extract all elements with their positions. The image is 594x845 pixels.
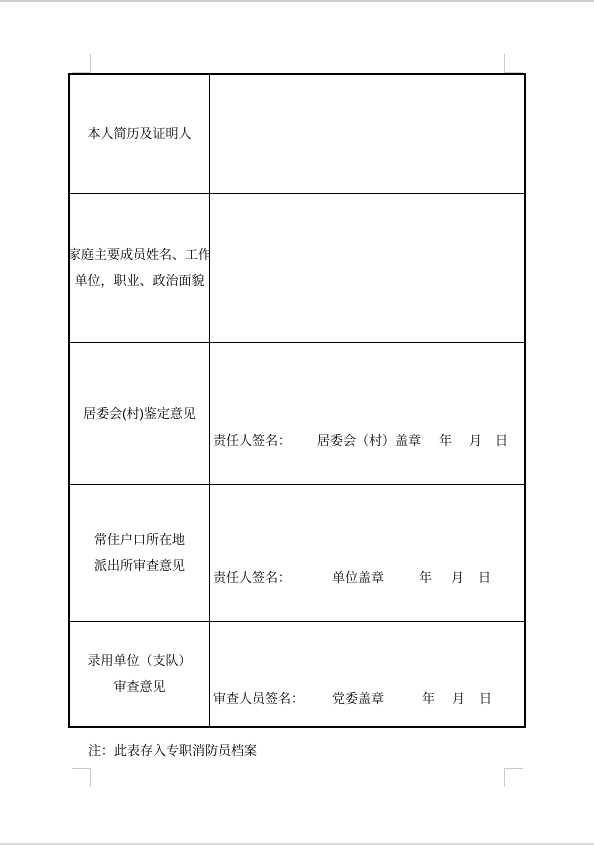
month-label: 月 [451, 570, 464, 585]
label-line: 居委会(村)鉴定意见 [83, 401, 196, 427]
stamp-label: 党委盖章 [332, 691, 384, 706]
family-members-content-cell[interactable] [210, 194, 524, 343]
row-label-employer-review: 录用单位（支队） 审查意见 [70, 622, 210, 726]
day-label: 日 [478, 570, 491, 585]
signer-label: 审查人员签名： [213, 691, 304, 706]
month-label: 月 [452, 691, 465, 706]
committee-appraisal-content-cell[interactable]: 责任人签名： 居委会（村）盖章 年 月 日 [210, 343, 524, 485]
stamp-label: 单位盖章 [332, 570, 384, 585]
label-line: 派出所审查意见 [94, 553, 185, 579]
employer-review-content-cell[interactable]: 审查人员签名： 党委盖章 年 月 日 [210, 622, 524, 726]
row-label-family-members: 家庭主要成员姓名、工作 单位，职业、政治面貌 [70, 194, 210, 343]
signer-label: 责任人签名： [213, 433, 291, 448]
year-label: 年 [439, 433, 452, 448]
margin-crop-mark-bottom-left [72, 768, 91, 787]
row-label-resume-references: 本人简历及证明人 [70, 75, 210, 194]
police-review-content-cell[interactable]: 责任人签名： 单位盖章 年 月 日 [210, 485, 524, 622]
year-label: 年 [419, 570, 432, 585]
margin-crop-mark-bottom-right [504, 768, 523, 787]
label-line: 审查意见 [113, 674, 165, 700]
stamp-label: 居委会（村）盖章 [317, 433, 421, 448]
signature-stamp-date-line: 责任人签名： 单位盖章 年 月 日 [210, 570, 524, 585]
signer-label: 责任人签名： [213, 570, 291, 585]
label-line: 常住户口所在地 [94, 527, 185, 553]
row-label-committee-appraisal: 居委会(村)鉴定意见 [70, 343, 210, 485]
month-label: 月 [469, 433, 482, 448]
day-label: 日 [479, 691, 492, 706]
label-line: 家庭主要成员姓名、工作 [68, 242, 211, 268]
row-label-police-review: 常住户口所在地 派出所审查意见 [70, 485, 210, 622]
signature-stamp-date-line: 责任人签名： 居委会（村）盖章 年 月 日 [210, 433, 524, 448]
label-line: 录用单位（支队） [87, 648, 191, 674]
archive-note: 注：此表存入专职消防员档案 [88, 743, 257, 758]
label-line: 单位，职业、政治面貌 [74, 268, 204, 294]
label-line: 本人简历及证明人 [87, 121, 191, 147]
year-label: 年 [422, 691, 435, 706]
form-table: 本人简历及证明人 家庭主要成员姓名、工作 单位，职业、政治面貌 居委会(村)鉴定… [68, 73, 526, 728]
day-label: 日 [495, 433, 508, 448]
margin-crop-mark-top-left [72, 54, 91, 73]
signature-stamp-date-line: 审查人员签名： 党委盖章 年 月 日 [210, 691, 524, 706]
page-edge-top [0, 0, 594, 2]
document-page: 本人简历及证明人 家庭主要成员姓名、工作 单位，职业、政治面貌 居委会(村)鉴定… [0, 0, 594, 845]
margin-crop-mark-top-right [504, 54, 523, 73]
resume-references-content-cell[interactable] [210, 75, 524, 194]
